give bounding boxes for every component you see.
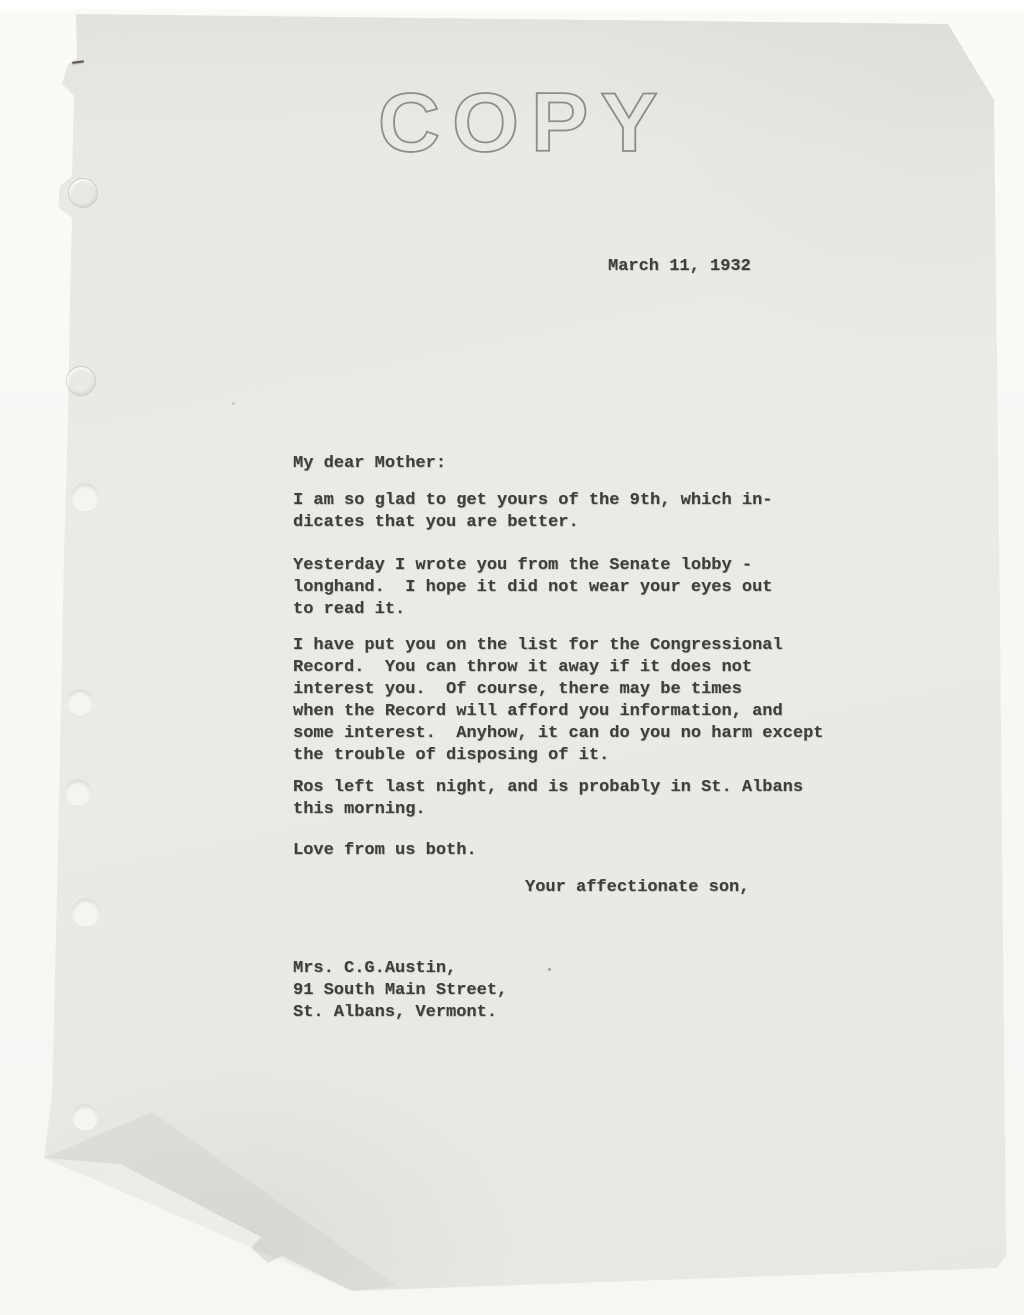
- punch-hole: [72, 1104, 98, 1130]
- letter-line: when the Record will afford you informat…: [293, 701, 873, 723]
- address-line: 91 South Main Street,: [293, 980, 507, 1002]
- punch-hole: [67, 689, 93, 715]
- address-line: Mrs. C.G.Austin,: [293, 958, 507, 980]
- letter-line: the trouble of disposing of it.: [293, 745, 873, 767]
- punch-hole: [71, 483, 99, 511]
- letter-line: Yesterday I wrote you from the Senate lo…: [293, 555, 873, 577]
- punch-hole-impression: [66, 366, 96, 396]
- letter-line: I am so glad to get yours of the 9th, wh…: [293, 490, 873, 512]
- letter-line: interest you. Of course, there may be ti…: [293, 679, 873, 701]
- letter-line: some interest. Anyhow, it can do you no …: [293, 723, 873, 745]
- letter-line: longhand. I hope it did not wear your ey…: [293, 577, 873, 599]
- scanned-letter-page: { "document": { "stamp": "COPY", "date":…: [0, 0, 1024, 1315]
- paragraph: Ros left last night, and is probably in …: [293, 777, 873, 821]
- closing-line: Your affectionate son,: [293, 877, 873, 899]
- letter-line: to read it.: [293, 599, 873, 621]
- letter-line: Record. You can throw it away if it does…: [293, 657, 873, 679]
- punch-hole: [72, 898, 100, 926]
- letter-line: Love from us both.: [293, 840, 873, 862]
- letter-body: My dear Mother: I am so glad to get your…: [293, 453, 873, 899]
- paragraph: I am so glad to get yours of the 9th, wh…: [293, 490, 873, 534]
- paragraph: Yesterday I wrote you from the Senate lo…: [293, 555, 873, 621]
- punch-hole-impression: [68, 178, 98, 208]
- salutation: My dear Mother:: [293, 453, 873, 475]
- date-line: March 11, 1932: [608, 256, 751, 278]
- copy-stamp: COPY: [378, 81, 670, 164]
- ink-speck: [548, 968, 551, 971]
- letter-line: dicates that you are better.: [293, 512, 873, 534]
- address-line: St. Albans, Vermont.: [293, 1002, 507, 1024]
- letter-line: I have put you on the list for the Congr…: [293, 635, 873, 657]
- ink-speck: [232, 402, 235, 405]
- address-block: Mrs. C.G.Austin, 91 South Main Street, S…: [293, 958, 507, 1024]
- paragraph: I have put you on the list for the Congr…: [293, 635, 873, 767]
- punch-hole: [65, 779, 91, 805]
- paragraph: Love from us both.: [293, 840, 873, 862]
- letter-line: this morning.: [293, 799, 873, 821]
- letter-line: Ros left last night, and is probably in …: [293, 777, 873, 799]
